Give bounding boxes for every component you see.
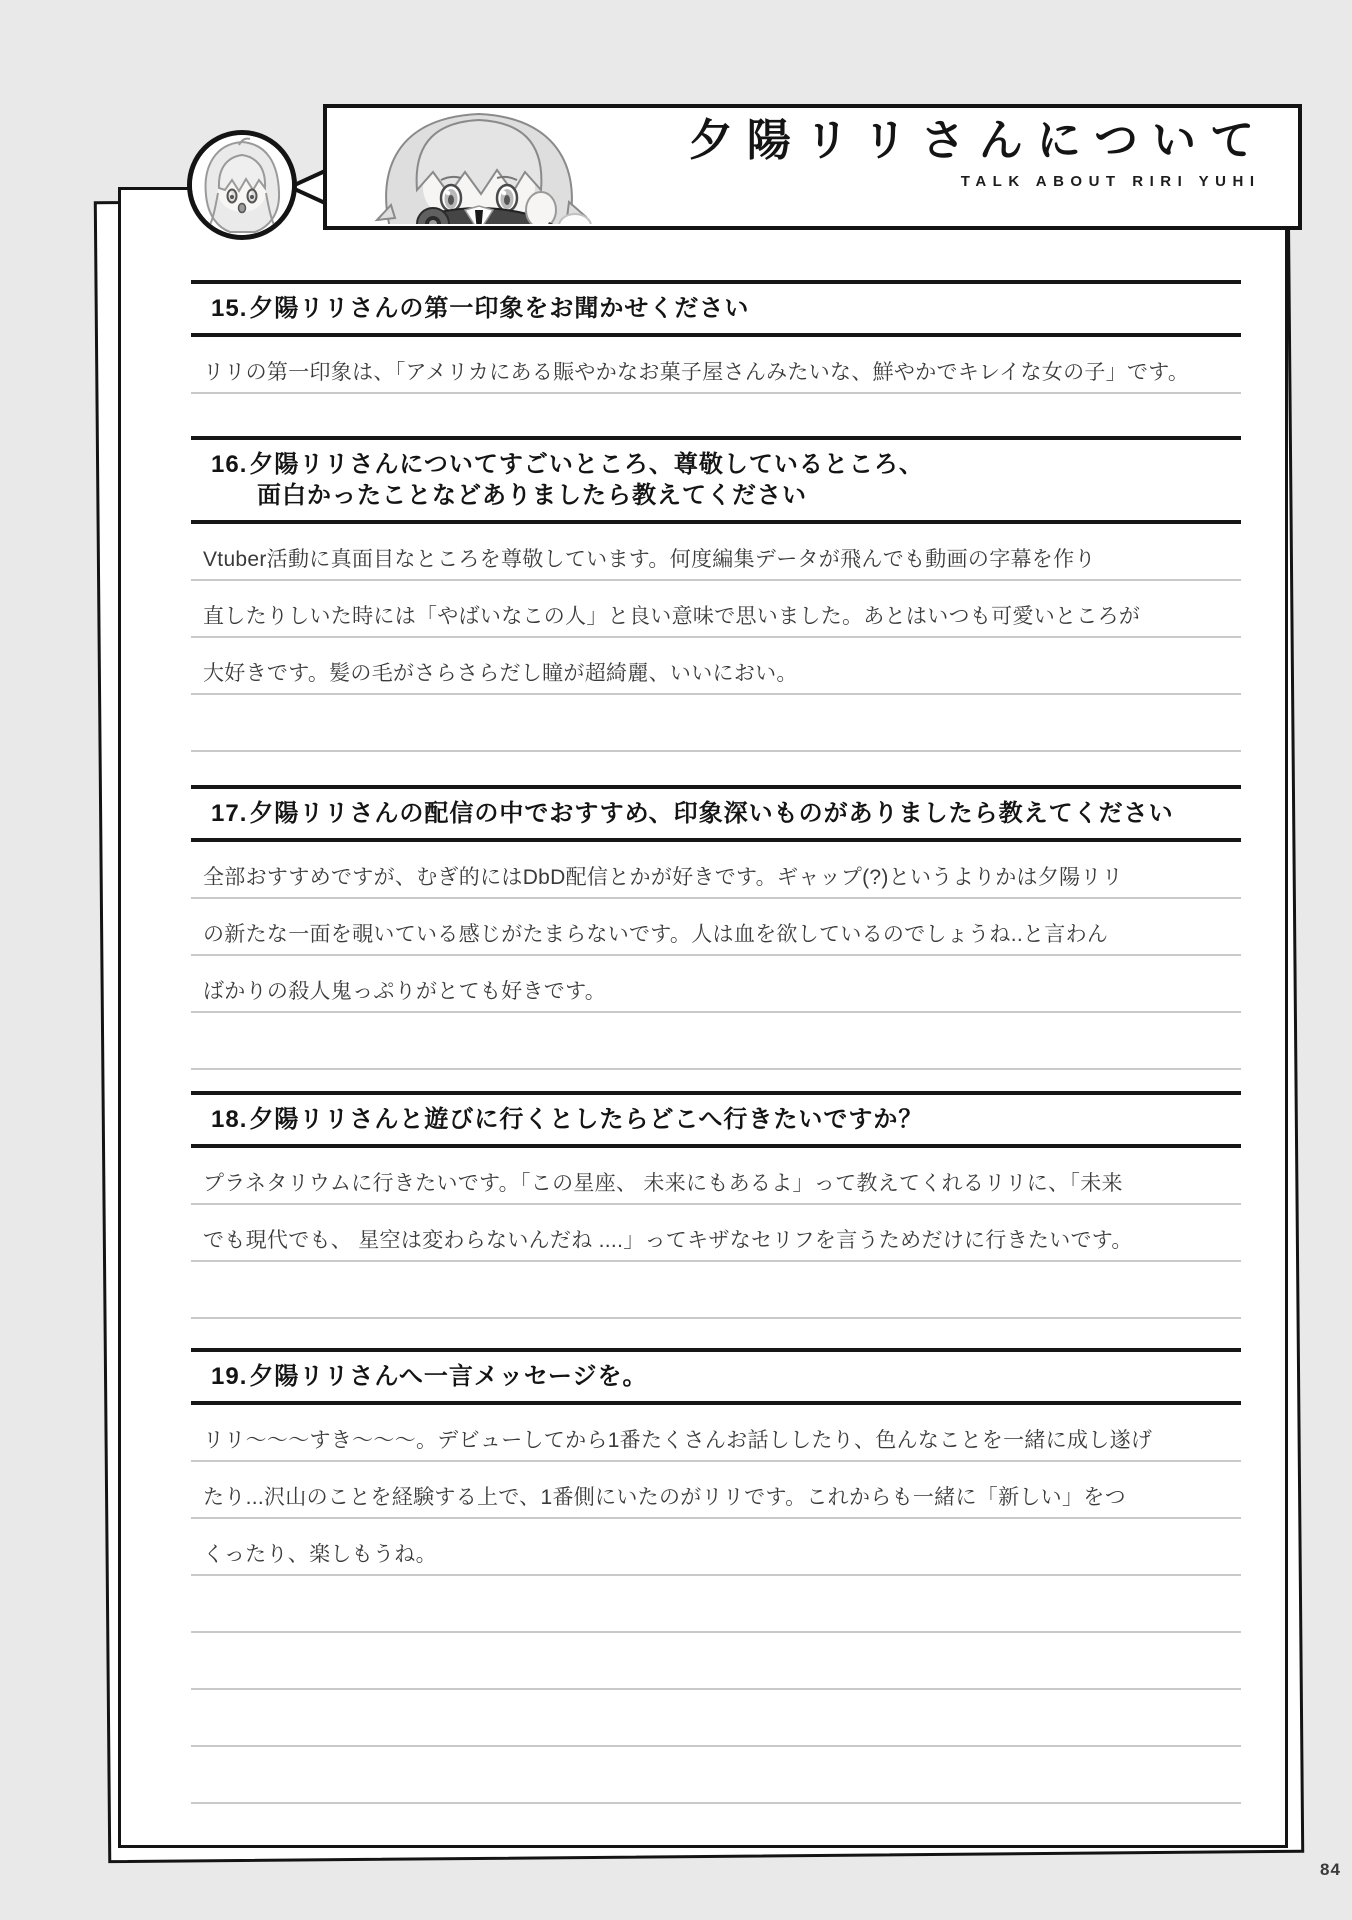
qa-block: 17.夕陽リリさんの配信の中でおすすめ、印象深いものがありましたら教えてください… xyxy=(191,785,1241,1070)
answer-area: Vtuber活動に真面目なところを尊敬しています。何度編集データが飛んでも動画の… xyxy=(191,524,1241,752)
answer-text: 直したりしいた時には「やばいなこの人」と良い意味で思いました。あとはいつも可愛い… xyxy=(203,606,1140,627)
answer-row: 大好きです。髪の毛がさらさらだし瞳が超綺麗、いいにおい。 xyxy=(191,638,1241,695)
answer-row: の新たな一面を覗いている感じがたまらないです。人は血を欲しているのでしょうね..… xyxy=(191,899,1241,956)
answer-row: くったり、楽しもうね。 xyxy=(191,1519,1241,1576)
answer-area: リリの第一印象は、「アメリカにある賑やかなお菓子屋さんみたいな、鮮やかでキレイな… xyxy=(191,337,1241,394)
page-title: 夕陽リリさんについて xyxy=(689,116,1268,167)
answer-text: 大好きです。髪の毛がさらさらだし瞳が超綺麗、いいにおい。 xyxy=(203,663,798,684)
question-text: 夕陽リリさんについてすごいところ、尊敬しているところ、 xyxy=(249,451,924,478)
question-text: 夕陽リリさんへ一言メッセージを。 xyxy=(249,1363,647,1390)
qa-block: 18.夕陽リリさんと遊びに行くとしたらどこへ行きたいですか？プラネタリウムに行き… xyxy=(191,1091,1241,1319)
page-header: 夕陽リリさんについて TALK ABOUT RIRI YUHI xyxy=(323,104,1302,230)
question-line: 15.夕陽リリさんの第一印象をお聞かせください xyxy=(211,293,1241,324)
answer-text: リリの第一印象は、「アメリカにある賑やかなお菓子屋さんみたいな、鮮やかでキレイな… xyxy=(203,362,1189,383)
question-heading: 16.夕陽リリさんについてすごいところ、尊敬しているところ、面白かったことなどあ… xyxy=(191,436,1241,524)
answer-text: プラネタリウムに行きたいです。「この星座、 未来にもあるよ」って教えてくれるリリ… xyxy=(203,1173,1123,1194)
answer-row-empty xyxy=(191,1262,1241,1319)
chibi-boy-illustration-icon xyxy=(329,110,639,224)
question-number: 19. xyxy=(211,1363,247,1390)
question-heading: 15.夕陽リリさんの第一印象をお聞かせください xyxy=(191,280,1241,337)
answer-row-empty xyxy=(191,1013,1241,1070)
question-line: 16.夕陽リリさんについてすごいところ、尊敬しているところ、 xyxy=(211,449,1241,480)
page-subtitle: TALK ABOUT RIRI YUHI xyxy=(689,173,1261,190)
qa-block: 16.夕陽リリさんについてすごいところ、尊敬しているところ、面白かったことなどあ… xyxy=(191,436,1241,752)
chibi-girl-avatar-icon xyxy=(192,135,292,235)
answer-row: ばかりの殺人鬼っぷりがとても好きです。 xyxy=(191,956,1241,1013)
question-line: 19.夕陽リリさんへ一言メッセージを。 xyxy=(211,1361,1241,1392)
question-line: 面白かったことなどありましたら教えてください xyxy=(211,480,1241,511)
answer-area: プラネタリウムに行きたいです。「この星座、 未来にもあるよ」って教えてくれるリリ… xyxy=(191,1148,1241,1319)
answer-text: の新たな一面を覗いている感じがたまらないです。人は血を欲しているのでしょうね..… xyxy=(203,924,1108,945)
answer-row: リリ～～～すき～～～。デビューしてから1番たくさんお話ししたり、色んなことを一緒… xyxy=(191,1405,1241,1462)
answer-area: リリ～～～すき～～～。デビューしてから1番たくさんお話ししたり、色んなことを一緒… xyxy=(191,1405,1241,1804)
question-text: 夕陽リリさんの配信の中でおすすめ、印象深いものがありましたら教えてください xyxy=(249,800,1173,827)
answer-row: たり...沢山のことを経験する上で、1番側にいたのがリリです。これからも一緒に「… xyxy=(191,1462,1241,1519)
answer-row: 直したりしいた時には「やばいなこの人」と良い意味で思いました。あとはいつも可愛い… xyxy=(191,581,1241,638)
page-background: 15.夕陽リリさんの第一印象をお聞かせくださいリリの第一印象は、「アメリカにある… xyxy=(0,0,1352,1920)
answer-text: 全部おすすめですが、むぎ的にはDbD配信とかが好きです。ギャップ(?)というより… xyxy=(203,867,1123,888)
answer-row: プラネタリウムに行きたいです。「この星座、 未来にもあるよ」って教えてくれるリリ… xyxy=(191,1148,1241,1205)
question-number: 15. xyxy=(211,295,247,322)
question-text: 面白かったことなどありましたら教えてください xyxy=(257,482,807,509)
question-heading: 18.夕陽リリさんと遊びに行くとしたらどこへ行きたいですか？ xyxy=(191,1091,1241,1148)
question-number: 17. xyxy=(211,800,247,827)
answer-row: でも現代でも、 星空は変わらないんだね ....」ってキザなセリフを言うためだけ… xyxy=(191,1205,1241,1262)
avatar-badge xyxy=(187,130,297,240)
answer-text: でも現代でも、 星空は変わらないんだね ....」ってキザなセリフを言うためだけ… xyxy=(203,1230,1133,1251)
answer-text: くったり、楽しもうね。 xyxy=(203,1544,437,1565)
qa-block: 15.夕陽リリさんの第一印象をお聞かせくださいリリの第一印象は、「アメリカにある… xyxy=(191,280,1241,394)
question-line: 18.夕陽リリさんと遊びに行くとしたらどこへ行きたいですか？ xyxy=(211,1104,1241,1135)
question-heading: 19.夕陽リリさんへ一言メッセージを。 xyxy=(191,1348,1241,1405)
answer-text: ばかりの殺人鬼っぷりがとても好きです。 xyxy=(203,981,606,1002)
page-number: 84 xyxy=(1320,1860,1341,1880)
paper-sheet: 15.夕陽リリさんの第一印象をお聞かせくださいリリの第一印象は、「アメリカにある… xyxy=(118,187,1288,1848)
answer-row-empty xyxy=(191,1576,1241,1633)
answer-row: 全部おすすめですが、むぎ的にはDbD配信とかが好きです。ギャップ(?)というより… xyxy=(191,842,1241,899)
qa-list: 15.夕陽リリさんの第一印象をお聞かせくださいリリの第一印象は、「アメリカにある… xyxy=(191,280,1241,1804)
answer-row-empty xyxy=(191,1690,1241,1747)
question-number: 16. xyxy=(211,451,247,478)
chibi-character-portrait xyxy=(329,110,639,224)
question-number: 18. xyxy=(211,1106,247,1133)
answer-row-empty xyxy=(191,1747,1241,1804)
answer-row-empty xyxy=(191,1633,1241,1690)
header-titles: 夕陽リリさんについて TALK ABOUT RIRI YUHI xyxy=(689,116,1254,190)
answer-text: Vtuber活動に真面目なところを尊敬しています。何度編集データが飛んでも動画の… xyxy=(203,549,1096,570)
answer-row: Vtuber活動に真面目なところを尊敬しています。何度編集データが飛んでも動画の… xyxy=(191,524,1241,581)
answer-text: リリ～～～すき～～～。デビューしてから1番たくさんお話ししたり、色んなことを一緒… xyxy=(203,1430,1152,1451)
answer-row: リリの第一印象は、「アメリカにある賑やかなお菓子屋さんみたいな、鮮やかでキレイな… xyxy=(191,337,1241,394)
answer-text: たり...沢山のことを経験する上で、1番側にいたのがリリです。これからも一緒に「… xyxy=(203,1487,1126,1508)
answer-area: 全部おすすめですが、むぎ的にはDbD配信とかが好きです。ギャップ(?)というより… xyxy=(191,842,1241,1070)
question-line: 17.夕陽リリさんの配信の中でおすすめ、印象深いものがありましたら教えてください xyxy=(211,798,1241,829)
question-heading: 17.夕陽リリさんの配信の中でおすすめ、印象深いものがありましたら教えてください xyxy=(191,785,1241,842)
qa-block: 19.夕陽リリさんへ一言メッセージを。リリ～～～すき～～～。デビューしてから1番… xyxy=(191,1348,1241,1804)
answer-row-empty xyxy=(191,695,1241,752)
question-text: 夕陽リリさんの第一印象をお聞かせください xyxy=(249,295,749,322)
question-text: 夕陽リリさんと遊びに行くとしたらどこへ行きたいですか？ xyxy=(249,1106,923,1133)
